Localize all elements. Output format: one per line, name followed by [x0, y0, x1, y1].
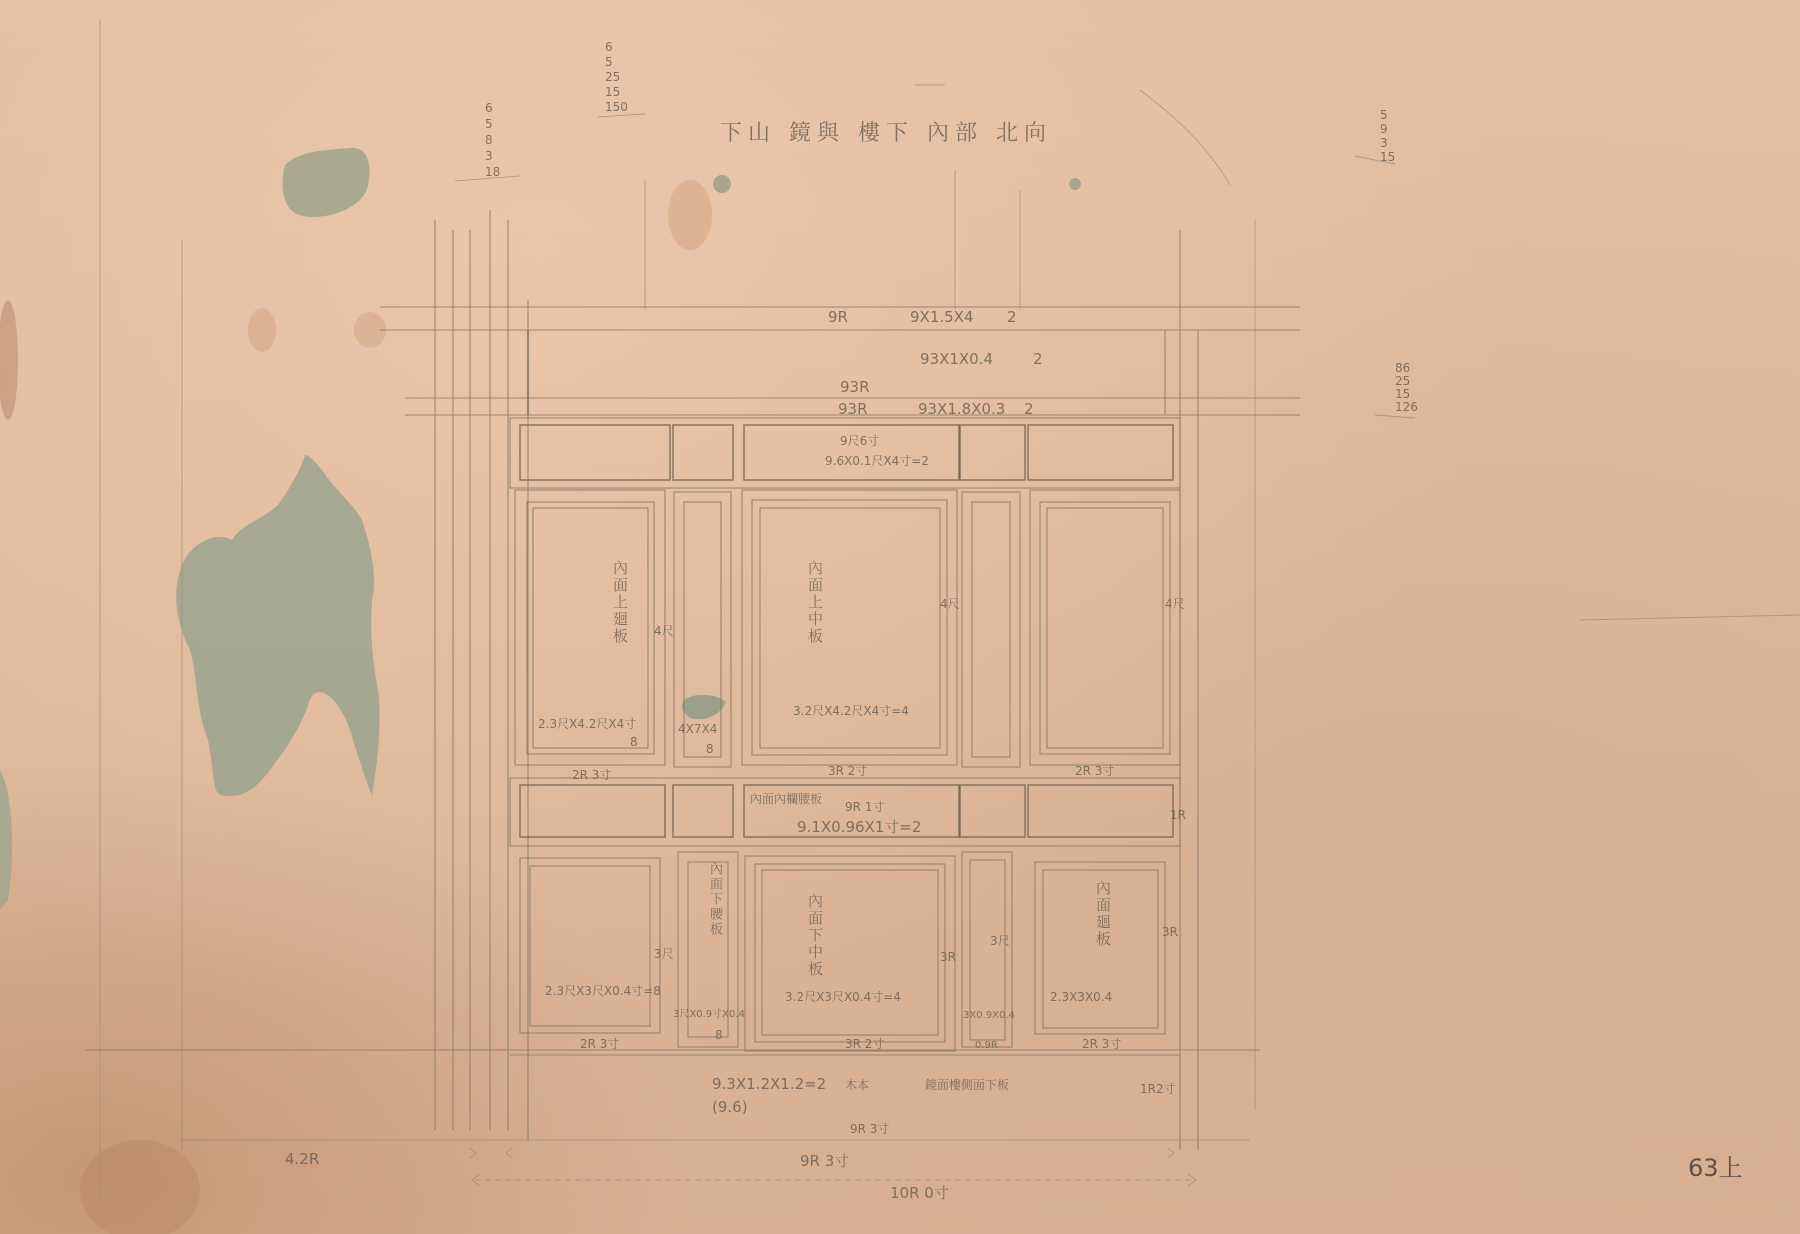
upper-center-panel-width: 3R 2寸 [828, 762, 867, 779]
base-member-calc: 9.3X1.2X1.2=2 [712, 1075, 826, 1093]
lower-left-panel-calc: 2.3尺X3尺X0.4寸=8 [545, 982, 661, 999]
upper-right-narrow-side: 4尺 [940, 595, 960, 612]
upper-left-narrow-calc: 4X7X4 [678, 722, 717, 736]
lower-left-panel-side: 3尺 [654, 945, 674, 962]
upper-center-panel-name: 內面上中板 [805, 560, 826, 645]
lower-center-panel-side: 3R [940, 950, 956, 964]
top-row1-label: 9R [828, 308, 848, 326]
margin-calc-top-right: 5 9 3 15 [1380, 108, 1395, 164]
upper-right-panel-width: 2R 3寸 [1075, 762, 1114, 779]
middle-rail-label: 9R 1寸 [845, 798, 884, 815]
lower-left-narrow-qty: 8 [715, 1028, 723, 1042]
lower-right-panel-calc: 2.3X3X0.4 [1050, 990, 1112, 1004]
top-row2-calc: 93X1X0.4 [920, 350, 993, 368]
upper-left-panel-calc: 2.3尺X4.2尺X4寸 [538, 715, 636, 732]
upper-left-panel-qty: 8 [630, 735, 638, 749]
upper-left-panel-name: 內面上廻板 [610, 560, 631, 645]
upper-frieze-calc: 9.6X0.1尺X4寸=2 [825, 452, 929, 469]
dimension-left-width: 4.2R [285, 1150, 319, 1168]
lower-right-panel-side: 3R [1162, 925, 1178, 939]
lower-center-panel-name: 內面下中板 [805, 893, 826, 978]
lower-left-panel-width: 2R 3寸 [580, 1035, 619, 1052]
drawing-title: 下山 鏡與 樓下 內部 北向 [720, 116, 1052, 147]
lower-right-panel-width: 2R 3寸 [1082, 1035, 1121, 1052]
base-member-note: 鏡面樓側面下板 [925, 1076, 1009, 1093]
sheet-number: 63上 [1688, 1148, 1743, 1183]
upper-frieze-label: 9尺6寸 [840, 432, 879, 449]
lower-right-narrow-side: 3尺 [990, 932, 1010, 949]
lower-right-panel-name: 內面廻板 [1093, 880, 1114, 948]
base-member-side: 1R2寸 [1140, 1080, 1176, 1097]
top-row3-calc: 93X1.8X0.3 [918, 400, 1005, 418]
upper-left-panel-width: 2R 3寸 [572, 766, 611, 783]
middle-rail-calc: 9.1X0.96X1寸=2 [797, 816, 921, 837]
lower-left-narrow-calc: 3尺X0.9寸X0.4 [673, 1005, 745, 1020]
lower-center-panel-calc: 3.2尺X3尺X0.4寸=4 [785, 988, 901, 1005]
lower-center-panel-width: 3R 2寸 [845, 1035, 884, 1052]
drawing-sheet: 下山 鏡與 樓下 內部 北向 6 5 25 15 150 6 5 8 3 18 … [0, 0, 1800, 1234]
lower-left-narrow-name: 內面下腰板 [705, 862, 724, 937]
top-row1-calc: 9X1.5X4 [910, 308, 974, 326]
margin-calc-right: 86 25 15 126 [1395, 362, 1418, 414]
top-row3-qty: 2 [1024, 400, 1034, 418]
dimension-inner-width: 9R 3寸 [800, 1150, 849, 1171]
base-member-alt: (9.6) [712, 1098, 748, 1116]
base-member-material: 木本 [845, 1076, 869, 1093]
upper-center-panel-calc: 3.2尺X4.2尺X4寸=4 [793, 702, 909, 719]
architectural-drawing [0, 0, 1800, 1234]
top-row1-qty: 2 [1007, 308, 1017, 326]
upper-left-narrow-side: 4尺 [654, 622, 674, 639]
lower-right-narrow-calc: 3X0.9X0.4 [963, 1010, 1015, 1021]
base-member-label: 9R 3寸 [850, 1120, 889, 1137]
upper-right-panel-side: 4尺 [1165, 595, 1185, 612]
top-row2-qty: 2 [1033, 350, 1043, 368]
lower-right-narrow-width: 0.9R [975, 1040, 998, 1051]
top-row3-label: 93R [838, 400, 868, 418]
middle-rail-name: 內面內欄腰板 [750, 790, 822, 807]
margin-calc-top-left: 6 5 25 15 150 [605, 40, 628, 115]
top-row2-label: 93R [840, 378, 870, 396]
dimension-overall-width: 10R 0寸 [890, 1182, 949, 1203]
middle-rail-side: 1R [1170, 808, 1186, 822]
upper-left-narrow-qty: 8 [706, 742, 714, 756]
margin-calc-left: 6 5 8 3 18 [485, 100, 500, 180]
